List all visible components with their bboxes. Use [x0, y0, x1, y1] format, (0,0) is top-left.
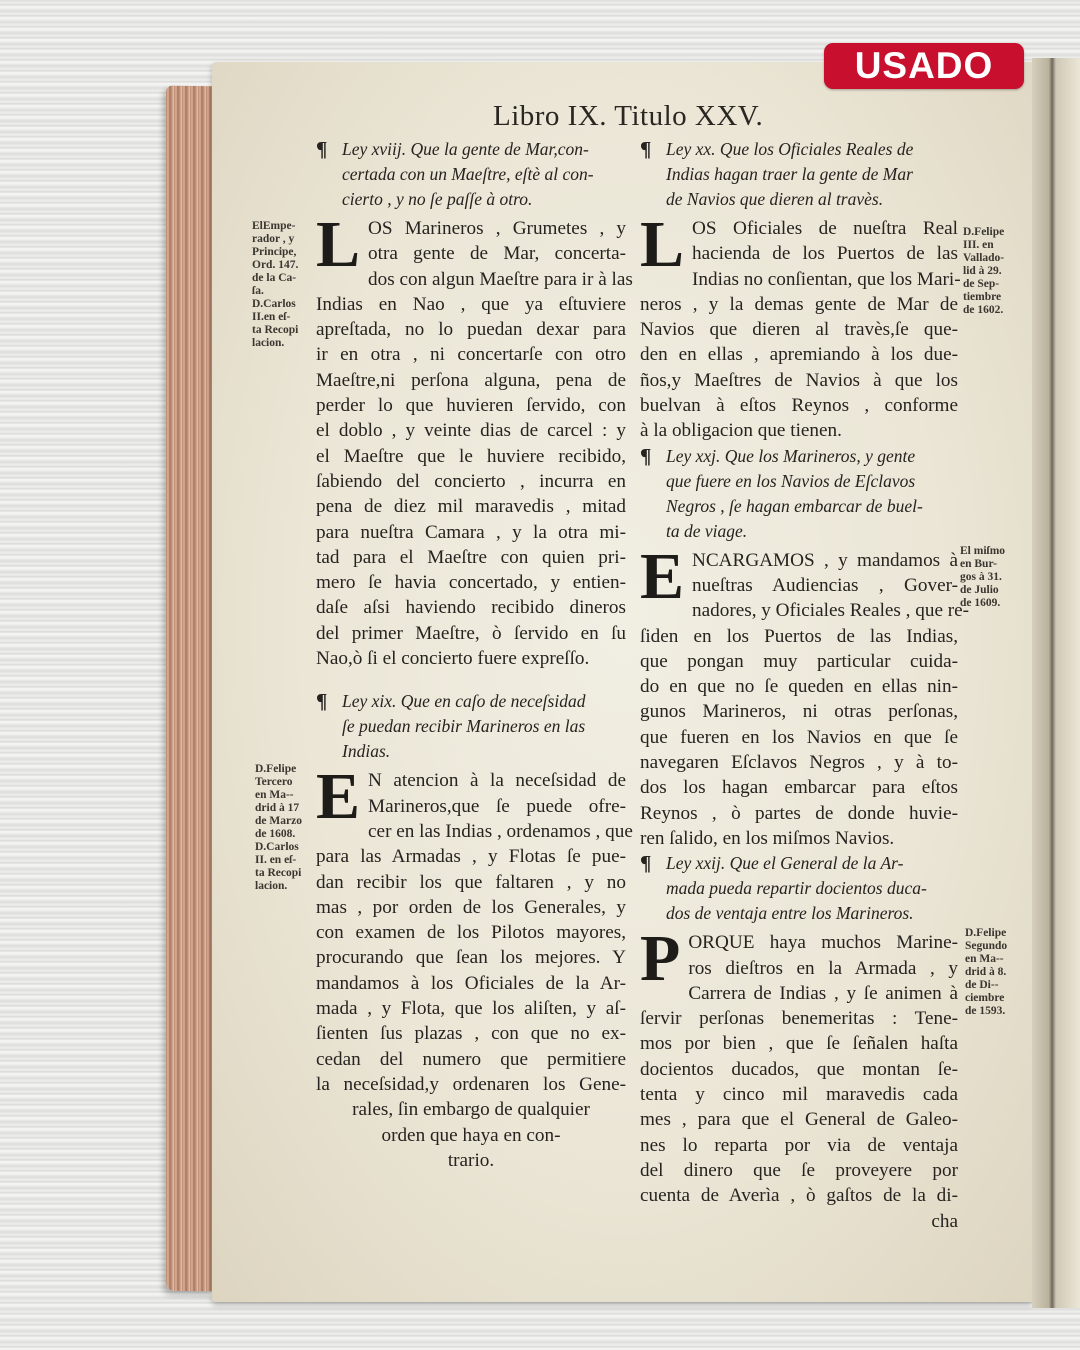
book-gutter: [1032, 58, 1080, 1308]
note-line: Segundo: [965, 940, 1021, 953]
text-line: Carrera de Indias , y ſe animen à: [640, 981, 958, 1006]
text-line: pena de diez mil maravedis , mitad: [316, 494, 626, 519]
pilcrow-icon: ¶: [316, 689, 327, 714]
ley-21-body: E NCARGAMOS , y mandamos à nueſtras Audi…: [640, 548, 958, 852]
text-line: neros , y la demas gente de Mar de: [640, 292, 958, 317]
ley-20-body: L OS Oficiales de nueſtra Real hacienda …: [640, 216, 958, 444]
ley-22-body: P ORQUE haya muchos Marine- ros dieſtros…: [640, 930, 958, 1234]
text-line: ſienten ſus plazas , con que no ex-: [316, 1021, 626, 1046]
note-line: ciembre: [965, 992, 1021, 1005]
text-line: gunos Marineros, ni otras perſonas,: [640, 699, 958, 724]
text-line: mada , y Flota, que los aliſten, y aſ-: [316, 996, 626, 1021]
pilcrow-icon: ¶: [316, 137, 327, 162]
text-line: N atencion à la neceſsidad de: [316, 768, 626, 793]
note-line: tiembre: [963, 291, 1019, 304]
heading-line: que fuere en los Navios de Eſclavos: [666, 469, 958, 494]
text-line: ſiden en los Puertos de las Indias,: [640, 624, 958, 649]
text-line: para nueſtra Camara , y la otra mi-: [316, 520, 626, 545]
text-line: dan recibir los que faltaren , y no: [316, 870, 626, 895]
heading-line: dos de ventaja entre los Marineros.: [666, 901, 958, 926]
ley-18-body: L OS Marineros , Grumetes , y otra gente…: [316, 216, 626, 671]
text-line: hacienda de los Puertos de las: [640, 241, 958, 266]
left-column: ¶ Ley xviij. Que la gente de Mar,con- ce…: [316, 137, 626, 1173]
note-line: de 1593.: [965, 1005, 1021, 1018]
drop-cap: P: [640, 932, 680, 984]
heading-line: cierto , y no ſe paſſe à otro.: [342, 187, 626, 212]
heading-line: Ley xx. Que los Oficiales Reales de: [666, 137, 958, 162]
heading-line: Negros , ſe hagan embarcar de buel-: [666, 494, 958, 519]
book-page-edges: [166, 86, 214, 1292]
text-line: docientos ducados, que montan ſe-: [640, 1057, 958, 1082]
text-line: Marineros,que ſe puede ofre-: [316, 794, 626, 819]
note-line: II. en eſ-: [255, 854, 311, 867]
ley-21-heading: ¶ Ley xxj. Que los Marineros, y gente qu…: [640, 444, 958, 544]
text-line: mas , por orden de los Generales, y: [316, 895, 626, 920]
text-line: OS Marineros , Grumetes , y: [316, 216, 626, 241]
note-line: D.Carlos: [252, 298, 308, 311]
text-line: Nao,ò ſi el concierto fuere expreſſo.: [316, 646, 626, 671]
text-line: orden que haya en con-: [316, 1123, 626, 1148]
text-line: nueſtras Audiencias , Gover-: [640, 573, 958, 598]
text-line: rales, ſin embargo de qualquier: [316, 1097, 626, 1122]
note-line: Vallado-: [963, 252, 1019, 265]
note-line: de 1602.: [963, 304, 1019, 317]
text-line: navegaren Eſclavos Negros , y à to-: [640, 750, 958, 775]
heading-line: mada pueda repartir docientos duca-: [666, 876, 958, 901]
note-line: D.Carlos: [255, 841, 311, 854]
text-line: mes , para que el General de Galeo-: [640, 1107, 958, 1132]
text-line: tad para el Maeſtre con quien pri-: [316, 545, 626, 570]
note-line: en Ma--: [965, 953, 1021, 966]
margin-note-ley-19: D.Felipe Tercero en Ma-- drid à 17 de Ma…: [255, 763, 311, 893]
text-line: ren ſalido, en los miſmos Navios.: [640, 826, 958, 851]
drop-cap: E: [640, 550, 684, 602]
ley-18-heading: ¶ Ley xviij. Que la gente de Mar,con- ce…: [316, 137, 626, 212]
text-line: daſe aſsi haviendo recibido dineros: [316, 595, 626, 620]
note-line: de Julio: [960, 584, 1016, 597]
heading-line: ſe puedan recibir Marineros en las: [342, 714, 626, 739]
note-line: D.Felipe: [255, 763, 311, 776]
note-line: gos à 31.: [960, 571, 1016, 584]
note-line: lacion.: [252, 337, 308, 350]
text-line: ORQUE haya muchos Marine-: [640, 930, 958, 955]
text-line: dos los hagan embarcar para eſtos: [640, 775, 958, 800]
text-line: mos por bien , que ſe ſeñalen haſta: [640, 1031, 958, 1056]
text-line: Indias en Nao , que ya eſtuviere: [316, 292, 626, 317]
ley-19-body: E N atencion à la neceſsidad de Marinero…: [316, 768, 626, 1173]
text-line: que pongan muy particular cuida-: [640, 649, 958, 674]
text-line: perder lo que huvieren ſervido, con: [316, 393, 626, 418]
text-line: del primer Maeſtre, ò ſervido en ſu: [316, 621, 626, 646]
text-line: do en que no ſe queden en ellas nin-: [640, 674, 958, 699]
heading-line: de Navios que dieren al travès.: [666, 187, 958, 212]
note-line: drid à 17: [255, 802, 311, 815]
text-line: dos con algun Maeſtre para ir à las: [316, 267, 626, 292]
text-line: ños,y Maeſtres de Navios à que los: [640, 368, 958, 393]
text-line: cer en las Indias , ordenamos , que: [316, 819, 626, 844]
note-line: D.Felipe: [965, 927, 1021, 940]
margin-note-ley-20: D.Felipe III. en Vallado- lid à 29. de S…: [963, 226, 1019, 317]
note-line: II.en eſ-: [252, 311, 308, 324]
note-line: D.Felipe: [963, 226, 1019, 239]
text-line: OS Oficiales de nueſtra Real: [640, 216, 958, 241]
heading-line: Ley xxj. Que los Marineros, y gente: [666, 444, 958, 469]
note-line: rador , y: [252, 233, 308, 246]
drop-cap: L: [640, 218, 684, 270]
text-line: procurando que ſean los mejores. Y: [316, 945, 626, 970]
text-line: ſabiendo del concierto , incurra en: [316, 469, 626, 494]
heading-line: ta de viage.: [666, 519, 958, 544]
heading-line: certada con un Maeſtre, eſtè al con-: [342, 162, 626, 187]
ley-20-heading: ¶ Ley xx. Que los Oficiales Reales de In…: [640, 137, 958, 212]
text-line: nes lo reparta por via de ventaja: [640, 1133, 958, 1158]
margin-note-ley-18: ElEmpe- rador , y Principe, Ord. 147. de…: [252, 220, 308, 350]
text-line: para las Armadas , y Flotas ſe pue-: [316, 844, 626, 869]
text-line: Maeſtre,ni perſona alguna, pena de: [316, 368, 626, 393]
ley-22-heading: ¶ Ley xxij. Que el General de la Ar- mad…: [640, 851, 958, 926]
catchword: cha: [640, 1209, 958, 1234]
note-line: III. en: [963, 239, 1019, 252]
drop-cap: L: [316, 218, 360, 270]
pilcrow-icon: ¶: [640, 137, 651, 162]
condition-badge: USADO: [824, 43, 1024, 89]
pilcrow-icon: ¶: [640, 444, 651, 469]
text-line: cedan del numero que permitiere: [316, 1047, 626, 1072]
text-line: la neceſsidad,y ordenaren los Gene-: [316, 1072, 626, 1097]
note-line: lacion.: [255, 880, 311, 893]
note-line: ſa.: [252, 285, 308, 298]
text-line: el doblo , y veinte dias de carcel : y: [316, 418, 626, 443]
text-line: mero ſe havia concertado, y entien-: [316, 570, 626, 595]
text-line: con examen de los Pilotos mayores,: [316, 920, 626, 945]
text-line: del dinero que ſe proveyere por: [640, 1158, 958, 1183]
right-column: ¶ Ley xx. Que los Oficiales Reales de In…: [640, 137, 958, 1234]
text-line: que fueren en los Navios en que ſe: [640, 725, 958, 750]
heading-line: Ley xviij. Que la gente de Mar,con-: [342, 137, 626, 162]
text-line: apreſtada, no lo puedan dexar para: [316, 317, 626, 342]
text-line: Navios que dieren al travès,ſe que-: [640, 317, 958, 342]
note-line: Principe,: [252, 246, 308, 259]
note-line: de 1609.: [960, 597, 1016, 610]
text-line: den en ellas , apremiando à los due-: [640, 342, 958, 367]
note-line: ElEmpe-: [252, 220, 308, 233]
heading-line: Ley xix. Que en caſo de neceſsidad: [342, 689, 626, 714]
note-line: lid à 29.: [963, 265, 1019, 278]
note-line: de Di--: [965, 979, 1021, 992]
text-line: trario.: [316, 1148, 626, 1173]
margin-note-ley-21: El miſmo en Bur- gos à 31. de Julio de 1…: [960, 545, 1016, 610]
text-line: ſervir perſonas benemeritas : Tene-: [640, 1006, 958, 1031]
note-line: El miſmo: [960, 545, 1016, 558]
note-line: de la Ca-: [252, 272, 308, 285]
note-line: de 1608.: [255, 828, 311, 841]
text-line: NCARGAMOS , y mandamos à: [640, 548, 958, 573]
margin-note-ley-22: D.Felipe Segundo en Ma-- drid à 8. de Di…: [965, 927, 1021, 1018]
note-line: de Sep-: [963, 278, 1019, 291]
text-line: Indias no conſientan, que los Mari-: [640, 267, 958, 292]
text-line: Reynos , ò partes de donde huvie-: [640, 801, 958, 826]
text-line: ros dieſtros en la Armada , y: [640, 956, 958, 981]
text-line: tenta y cinco mil maravedis cada: [640, 1082, 958, 1107]
note-line: de Marzo: [255, 815, 311, 828]
text-line: buelvan à eſtos Reynos , conforme: [640, 393, 958, 418]
note-line: Ord. 147.: [252, 259, 308, 272]
note-line: ta Recopi: [255, 867, 311, 880]
text-line: mandamos à los Oficiales de la Ar-: [316, 971, 626, 996]
running-head: Libro IX. Titulo XXV.: [493, 100, 763, 133]
text-line: à la obligacion que tienen.: [640, 418, 958, 443]
note-line: en Bur-: [960, 558, 1016, 571]
text-line: el Maeſtre que le huviere recibido,: [316, 444, 626, 469]
heading-line: Indias.: [342, 739, 626, 764]
text-line: nadores, y Oficiales Reales , que re-: [640, 598, 958, 623]
heading-line: Indias hagan traer la gente de Mar: [666, 162, 958, 187]
note-line: drid à 8.: [965, 966, 1021, 979]
ley-19-heading: ¶ Ley xix. Que en caſo de neceſsidad ſe …: [316, 689, 626, 764]
drop-cap: E: [316, 770, 360, 822]
note-line: ta Recopi: [252, 324, 308, 337]
text-line: otra gente de Mar, concerta-: [316, 241, 626, 266]
text-line: ir en otra , ni concertarſe con otro: [316, 342, 626, 367]
pilcrow-icon: ¶: [640, 851, 651, 876]
text-line: cuenta de Averìa , ò gaſtos de la di-: [640, 1183, 958, 1208]
note-line: Tercero: [255, 776, 311, 789]
note-line: en Ma--: [255, 789, 311, 802]
heading-line: Ley xxij. Que el General de la Ar-: [666, 851, 958, 876]
